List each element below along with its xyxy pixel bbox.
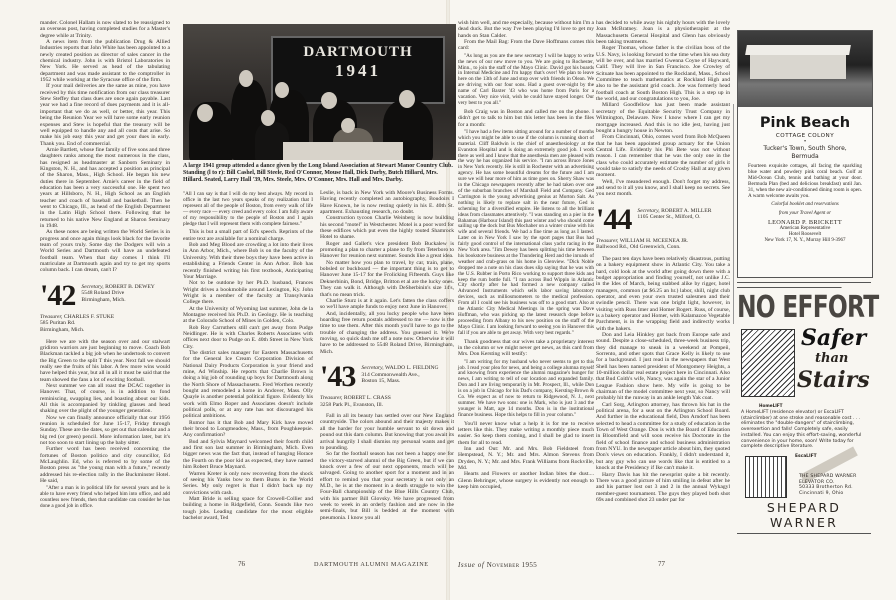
ad-location: Bermuda <box>738 153 872 161</box>
escalift-label: EscaLIFT <box>795 454 817 459</box>
paragraph: Construction tycoon Charlie Weinberg is … <box>320 215 454 240</box>
tagline-word: Stairs <box>797 367 870 393</box>
ad-cta: from your Travel Agent or <box>738 211 872 217</box>
ad-location: Tucker's Town, South Shore, <box>738 145 872 153</box>
paragraph: The district sales manager for Eastern M… <box>183 350 313 420</box>
treasurer-name: ROBERT L. CRASS <box>344 395 391 401</box>
paragraph: Matt Bride is selling space for Crowell-… <box>183 496 313 521</box>
role-label: Treasurer, <box>596 238 618 244</box>
class-treasurer: Treasurer, WILLIAM H. MCEENEA JR. Ballwo… <box>596 238 730 251</box>
ad-body: A HomeLIFT (residence elevator) or EscaL… <box>737 408 871 450</box>
paragraph: Carl Sorg, Arlington attorney, has throw… <box>596 402 730 472</box>
paragraph: Millard Goodfellow has just been made as… <box>596 102 730 134</box>
paragraph: This is but a small part of Ed's speech.… <box>183 229 313 242</box>
paragraph: Hearts and Flowers or another Indian bit… <box>458 471 594 490</box>
secretary-name: ROBERT B. DEWEY <box>105 284 155 290</box>
tagline-word: than <box>815 351 848 366</box>
paragraph: If your mail deliveries are the same as … <box>40 83 170 146</box>
role-label: Secretary, <box>81 284 103 290</box>
left-column-2: "All I can say is that I will do my best… <box>183 190 313 521</box>
paragraph: Bud and Sylvia Maynard welcomed their fo… <box>183 439 313 471</box>
paragraph: Roger and Gallet's vice president Bob Bu… <box>320 241 454 260</box>
class-secretary: Secretary, ROBERT B. DEWEY 5548 Roland D… <box>81 282 154 304</box>
secretary-name: ROBERT A. MILLER <box>661 208 711 214</box>
class-secretary: Secretary, ROBERT A. MILLER 1105 Center … <box>637 206 711 221</box>
column-rule <box>733 104 734 324</box>
paragraph: Now we can finally announce officially t… <box>40 415 170 447</box>
paragraph: Well, I've meandered enough. Don't forge… <box>596 179 730 198</box>
paragraph: Thank goodness that our wives take a pro… <box>458 339 594 358</box>
address-line: 3258 Park Pl., Evanston, Ill. <box>320 402 454 409</box>
paragraph: Warren Kreter is only now recovering fro… <box>183 471 313 496</box>
paragraph: wish him well, and me especially, becaus… <box>458 20 594 39</box>
company-address: THE SHEPARD WARNER ELEVATOR CO. 50333 Br… <box>799 474 856 496</box>
treasurer-name: CHARLES F. STUKE <box>64 314 114 320</box>
paragraph: Leslie, is back in New York with Moore's… <box>320 190 454 215</box>
paragraph: Charlie Sturz is at it again. Let's fatt… <box>320 298 454 311</box>
paragraph: At the University of Wyoming last summer… <box>183 306 313 325</box>
ad-headline: NO EFFORT <box>737 287 842 325</box>
address-line: 585 Puritan Rd. <box>40 320 170 327</box>
issue-date: November 1955 <box>487 561 537 569</box>
ad-body: Fourteen exquisite cottages, all facing … <box>738 160 872 199</box>
class-number: '42 <box>40 282 75 310</box>
paragraph: Further word has been received concernin… <box>40 446 170 484</box>
role-label: Treasurer, <box>320 395 342 401</box>
class-treasurer: Treasurer, ROBERT L. CRASS 3258 Park Pl.… <box>320 395 454 408</box>
paragraph: Don and Leia Hinkley got back from Europ… <box>596 332 730 402</box>
paragraph: Harry Davis has hit the newsprint quite … <box>596 472 730 504</box>
treasurer-name: WILLIAM H. MCEENEA JR. <box>620 238 689 244</box>
escalift-illustration: EscaLIFT THE SHEPARD WARNER ELEVATOR CO.… <box>737 450 871 498</box>
class-43-heading: '43 Secretary, WALDO L. FIELDING 314 Com… <box>320 363 454 391</box>
paragraph: Here we are with the season over and our… <box>40 339 170 383</box>
pink-beach-advertisement: Pink Beach COTTAGE COLONY • Tucker's Tow… <box>737 30 873 278</box>
role-label: Secretary, <box>361 365 383 371</box>
paragraph: So far the football season has not been … <box>320 451 454 521</box>
class-44-heading: '44 Secretary, ROBERT A. MILLER 1105 Cen… <box>596 206 730 234</box>
class-treasurer: Treasurer, CHARLES F. STUKE 585 Puritan … <box>40 314 170 334</box>
paragraph: Arnie Bartlett, whose fine family of fiv… <box>40 147 170 229</box>
class-number: '43 <box>320 363 355 391</box>
left-column-3: Leslie, is back in New York with Moore's… <box>320 190 454 521</box>
tagline-word: Safer <box>801 325 866 351</box>
quotation: "All I can say is that I will do my best… <box>183 192 313 227</box>
paragraph: The past ten days have been relatively d… <box>596 256 730 332</box>
ad-title: Pink Beach <box>738 115 872 131</box>
stairclimber-icon <box>745 456 787 498</box>
address-line: 1105 Center St., Milford, O. <box>637 214 711 221</box>
secretary-name: WALDO L. FIELDING <box>385 365 439 371</box>
paragraph: Not to be outdone by her Ph.D. husband, … <box>183 280 313 305</box>
paragraph: Inn and Out: Mr. and Mrs. Bob Fieldsteel… <box>458 446 594 471</box>
paragraph: From Cincinnati, Ohio, comes word from B… <box>596 134 730 178</box>
paragraph: Roger Thomas, whose father is the civili… <box>596 45 730 102</box>
quotation: "As long as you are the new secretary I … <box>458 54 594 107</box>
ad-rep-address: New York 17, N. Y., Murray Hill 9-3967 <box>738 238 872 244</box>
class-1941-group-photo: DARTMOUTH 1941 <box>183 24 456 160</box>
quotation: "After a man is in political life for se… <box>40 486 170 510</box>
ad-rep-name: LEONARD P. BRICKETT <box>738 219 872 226</box>
address-line: 314 Commonwealth Ave., <box>361 372 438 379</box>
shepard-warner-advertisement: NO EFFORT Safer than Stairs HomeLIFT A H… <box>737 282 871 583</box>
page-number-left: 76 <box>238 560 245 568</box>
address-line: Ballwood Rd., Old Greenwich, Conn. <box>596 244 730 251</box>
paragraph: Rumor has it that Bob and Mary Kirk have… <box>183 420 313 439</box>
ad-cta: Colorful booklet and reservations <box>738 202 872 208</box>
paragraph: Next summer we can all roast the DCAC to… <box>40 383 170 415</box>
paragraph: Fall in all its beauty has settled over … <box>320 413 454 451</box>
staircase-icon <box>741 329 795 397</box>
paragraph: Bob Craig was in Boston and called me on… <box>458 109 594 128</box>
paragraph: Bob and Meg Blood are crowding a lot int… <box>183 242 313 280</box>
quotation: "I am writing for my husband who never s… <box>458 360 594 419</box>
paragraph: mander. Colonel Hallam is now slated to … <box>40 20 170 39</box>
right-column-1: wish him well, and me especially, becaus… <box>458 20 594 491</box>
issue-label: Issue of <box>458 561 484 569</box>
paragraph: As these notes are being written the Wor… <box>40 229 170 273</box>
paragraph: has decided to while away his nightly ho… <box>596 20 730 45</box>
page-number-right: 77 <box>658 560 665 568</box>
homelift-illustration: Safer than Stairs <box>737 325 871 403</box>
paragraph: Rob Roy Carruthers still can't get away … <box>183 325 313 350</box>
paragraph: No matter how you plan to travel, by car… <box>320 260 454 298</box>
right-column-2: has decided to while away his nightly ho… <box>596 20 730 503</box>
address-line: 5548 Roland Drive <box>81 290 154 297</box>
photo-caption: A large 1941 group attended a dance give… <box>183 163 456 184</box>
address-line: Birmingham, Mich. <box>81 297 154 304</box>
left-column-1: mander. Colonel Hallam is now slated to … <box>40 20 170 512</box>
role-label: Treasurer, <box>40 314 62 320</box>
paragraph: From the Mail Bag: From the Dave Hoffman… <box>458 39 594 52</box>
running-head-right: Issue of November 1955 <box>458 561 537 569</box>
paragraph: And, incidentally, all you lucky people … <box>320 311 454 355</box>
paragraph: You'll never know what a help it is for … <box>458 421 594 446</box>
address-line: Birmingham, Mich. <box>40 327 170 334</box>
cottage-photo <box>738 31 872 107</box>
class-secretary: Secretary, WALDO L. FIELDING 314 Commonw… <box>361 363 438 385</box>
brand-logo: SHEPARD WARNER <box>737 500 871 534</box>
paragraph: A news item from the publication Drug & … <box>40 39 170 83</box>
class-number: '44 <box>596 206 631 234</box>
role-label: Secretary, <box>637 208 659 214</box>
running-head-left: DARTMOUTH ALUMNI MAGAZINE <box>314 561 429 568</box>
quotation: "I have had a few items sitting around f… <box>458 130 594 337</box>
address-line: Boston 15, Mass. <box>361 378 438 385</box>
class-42-heading: '42 Secretary, ROBERT B. DEWEY 5548 Rola… <box>40 282 170 310</box>
